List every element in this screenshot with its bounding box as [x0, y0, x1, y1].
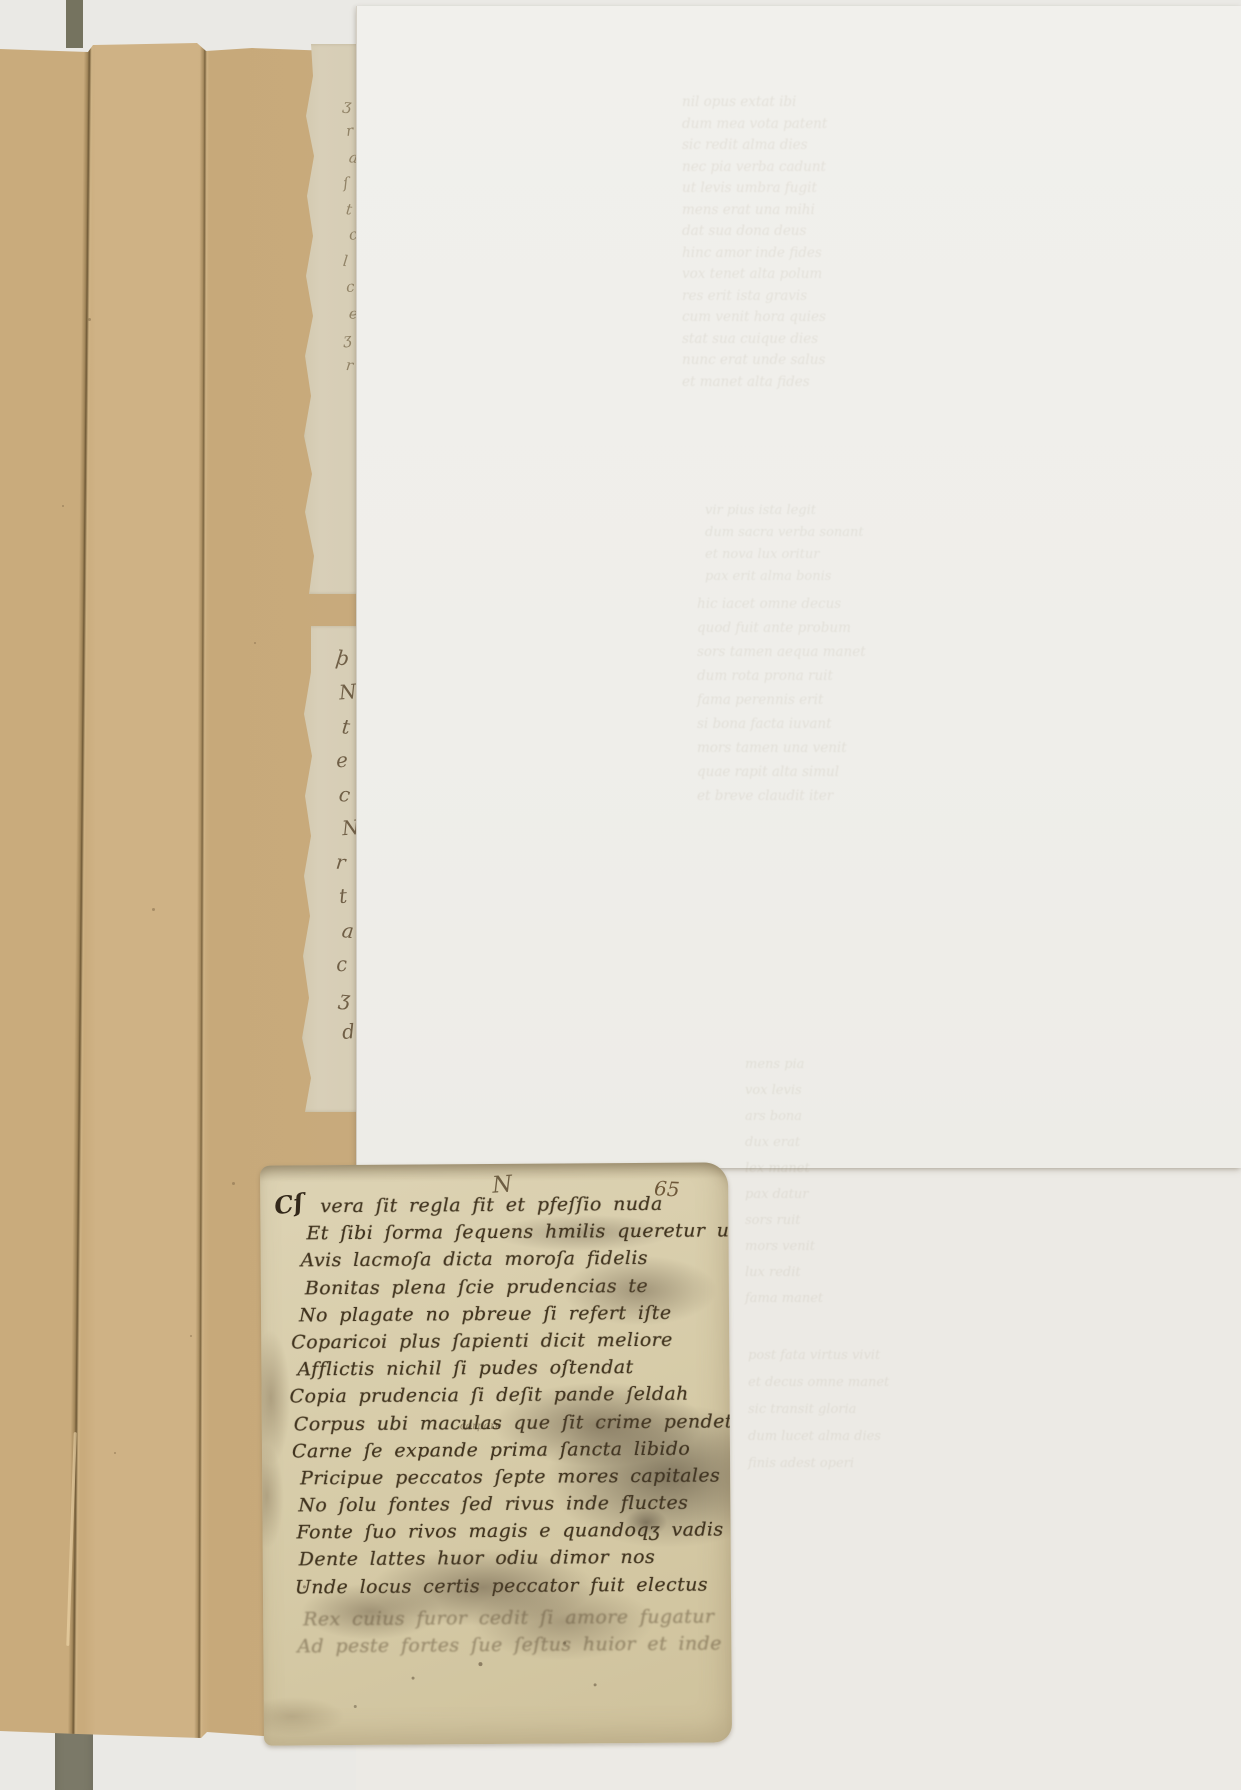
fragment-line: vera ſit regla fit et pfeſſio nuda: [284, 1190, 722, 1220]
fragment-line: Copia prudencia ſi deſit pande ſeldah: [286, 1381, 724, 1411]
fragment-line: Dente lattes huor odiu dimor nos: [287, 1544, 725, 1574]
page-fold-line: [194, 40, 209, 1746]
paper-speck: [254, 642, 256, 644]
fragment-line: No ſolu fontes ſed rivus inde fluctes: [286, 1489, 724, 1519]
fragment-line: Ad peste fortes ſue ſeſtus huior et inde: [287, 1630, 725, 1660]
paper-speck: [152, 908, 155, 911]
white-page: [356, 6, 1241, 1168]
paper-speck: [232, 1182, 235, 1185]
cutoff-letter: e: [336, 748, 354, 782]
fragment-line: Et ſibi ſorma ſequens hmilis queretur un…: [284, 1218, 722, 1248]
fragment-text: vera ſit regla fit et pfeſſio nudaEt ſib…: [284, 1190, 725, 1660]
stub-cutoff-letters-lower: þNtecNrtacʒd: [336, 646, 354, 1054]
paper-speck: [478, 1662, 482, 1666]
fragment-line: Unde locus certis peccator fuit electus: [287, 1571, 725, 1601]
manuscript-fragment: Cſ N 65 corpore vera ſit regla fit et pf…: [260, 1162, 732, 1745]
paper-speck: [354, 1705, 357, 1708]
fragment-line: Avis lacmoſa dicta moroſa fidelis: [285, 1245, 723, 1275]
paper-speck: [88, 318, 91, 321]
paper-speck: [190, 1335, 192, 1337]
paper-speck: [563, 1642, 566, 1645]
cutoff-letter: ʒ: [336, 986, 354, 1020]
cutoff-letter: d: [336, 1020, 354, 1054]
paper-speck: [412, 1677, 415, 1680]
cutoff-letter: N: [336, 816, 354, 850]
cutoff-letter: r: [343, 356, 352, 382]
cutoff-letter: l: [343, 252, 352, 278]
cutoff-letter: ʒ: [343, 96, 352, 122]
cutoff-letter: e: [343, 304, 352, 330]
cutoff-letter: ʒ: [343, 330, 352, 356]
manuscript-photo: ʒraſtclceʒr þNtecNrtacʒd nil opus extat …: [0, 0, 1241, 1790]
fragment-line: Carne ſe expande prima ſancta libido: [286, 1435, 724, 1465]
fragment-line: Rex cuius furor cedit ſi amore fugatur: [287, 1603, 725, 1633]
cutoff-letter: c: [336, 782, 354, 816]
stub-cutoff-letters-upper: ʒraſtclceʒr: [343, 96, 352, 382]
cutoff-letter: þ: [336, 646, 354, 680]
cutoff-letter: c: [343, 278, 352, 304]
cutoff-letter: r: [343, 122, 352, 148]
fragment-line: Afflictis nichil ſi pudes oſtendat: [285, 1354, 723, 1384]
fragment-line: Coparicoi plus ſapienti dicit meliore: [285, 1326, 723, 1356]
fragment-line: No plagate no pbreue ſi refert iſte: [285, 1299, 723, 1329]
paper-speck: [594, 1683, 597, 1686]
paper-speck: [114, 1452, 116, 1454]
fragment-line: Bonitas plena ſcie prudencias te: [285, 1272, 723, 1302]
paper-speck: [62, 505, 64, 507]
cutoff-letter: t: [343, 200, 352, 226]
cutoff-letter: r: [336, 850, 354, 884]
cutoff-letter: c: [336, 952, 354, 986]
cutoff-letter: ſ: [343, 174, 352, 200]
cutoff-letter: a: [343, 148, 352, 174]
cutoff-letter: t: [336, 714, 354, 748]
cutoff-letter: a: [336, 918, 354, 952]
cutoff-letter: c: [343, 226, 352, 252]
cutoff-letter: N: [336, 680, 354, 714]
fragment-line: Corpus ubi maculas que ſit crime pendet: [286, 1408, 724, 1438]
bookmark-ribbon-top: [66, 0, 83, 48]
cutoff-letter: t: [336, 884, 354, 918]
paper-speck: [303, 1585, 306, 1588]
fragment-line: Fonte ſuo rivos magis e quandoqʒ vadis: [286, 1517, 724, 1547]
fragment-line: Pricipue peccatos ſepte mores capitales: [286, 1462, 724, 1492]
